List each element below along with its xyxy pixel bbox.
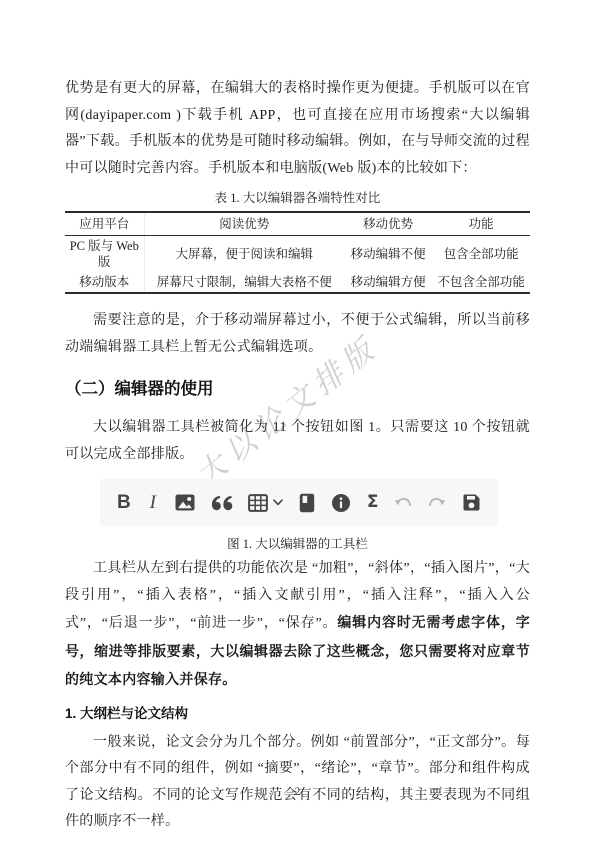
- table-cell: 移动编辑方便: [344, 272, 432, 293]
- paragraph-note: 需要注意的是，介于移动端屏幕过小，不便于公式编辑，所以当前移动端编辑器工具栏上暂…: [65, 308, 530, 361]
- paragraph-intro: 优势是有更大的屏幕，在编辑大的表格时操作更为便捷。手机版可以在官网(dayipa…: [65, 76, 530, 182]
- image-icon: [175, 494, 195, 511]
- table-caption: 表 1. 大以编辑器各端特性对比: [65, 190, 530, 207]
- citation-book-icon: [299, 493, 315, 513]
- table-header-mobile: 移动优势: [344, 212, 432, 236]
- table-row: PC 版与 Web 版 大屏幕，便于阅读和编辑 移动编辑不便 包含全部功能: [65, 236, 530, 273]
- table-cell: 大屏幕，便于阅读和编辑: [144, 236, 344, 273]
- table-cell: 移动版本: [65, 272, 144, 293]
- save-icon: [462, 493, 481, 512]
- bold-icon: B: [117, 493, 131, 512]
- redo-icon: [428, 496, 446, 510]
- table-header-feature: 功能: [432, 212, 530, 236]
- italic-icon: I: [147, 493, 159, 512]
- table-cell: 不包含全部功能: [432, 272, 530, 293]
- document-page: 大以论文排版 优势是有更大的屏幕，在编辑大的表格时操作更为便捷。手机版可以在官网…: [0, 0, 595, 842]
- paragraph-toolbar-intro: 大以编辑器工具栏被简化为 11 个按钮如图 1。只需要这 10 个按钮就可以完成…: [65, 415, 530, 468]
- page-number: 2: [0, 786, 595, 798]
- table-dropdown: [248, 494, 283, 512]
- editor-toolbar-figure: B I: [100, 479, 498, 526]
- table-header-row: 应用平台 阅读优势 移动优势 功能: [65, 212, 530, 236]
- comparison-table: 应用平台 阅读优势 移动优势 功能 PC 版与 Web 版 大屏幕，便于阅读和编…: [65, 211, 530, 294]
- blockquote-icon: [211, 495, 233, 511]
- figure-caption: 图 1. 大以编辑器的工具栏: [65, 536, 530, 553]
- table-cell: PC 版与 Web 版: [65, 236, 144, 273]
- table-cell: 屏幕尺寸限制，编辑大表格不便: [144, 272, 344, 293]
- section-heading: （二）编辑器的使用: [65, 379, 530, 399]
- table-row: 移动版本 屏幕尺寸限制，编辑大表格不便 移动编辑方便 不包含全部功能: [65, 272, 530, 293]
- paragraph-structure: 一般来说，论文会分为几个部分。例如 “前置部分”，“正文部分”。每个部分中有不同…: [65, 730, 530, 836]
- table-cell: 包含全部功能: [432, 236, 530, 273]
- table-cell: 移动编辑不便: [344, 236, 432, 273]
- formula-icon: Σ: [367, 494, 379, 511]
- page-content: 优势是有更大的屏幕，在编辑大的表格时操作更为便捷。手机版可以在官网(dayipa…: [65, 50, 530, 836]
- info-icon: [331, 493, 351, 513]
- chevron-down-icon: [273, 499, 283, 506]
- paragraph-toolbar-desc: 工具栏从左到右提供的功能依次是 “加粗”，“斜体”，“插入图片”，“大段引用”，…: [65, 556, 530, 695]
- table-icon: [248, 494, 268, 512]
- subsection-heading: 1. 大纲栏与论文结构: [65, 705, 530, 722]
- undo-icon: [394, 496, 412, 510]
- table-header-reading: 阅读优势: [144, 212, 344, 236]
- table-header-platform: 应用平台: [65, 212, 144, 236]
